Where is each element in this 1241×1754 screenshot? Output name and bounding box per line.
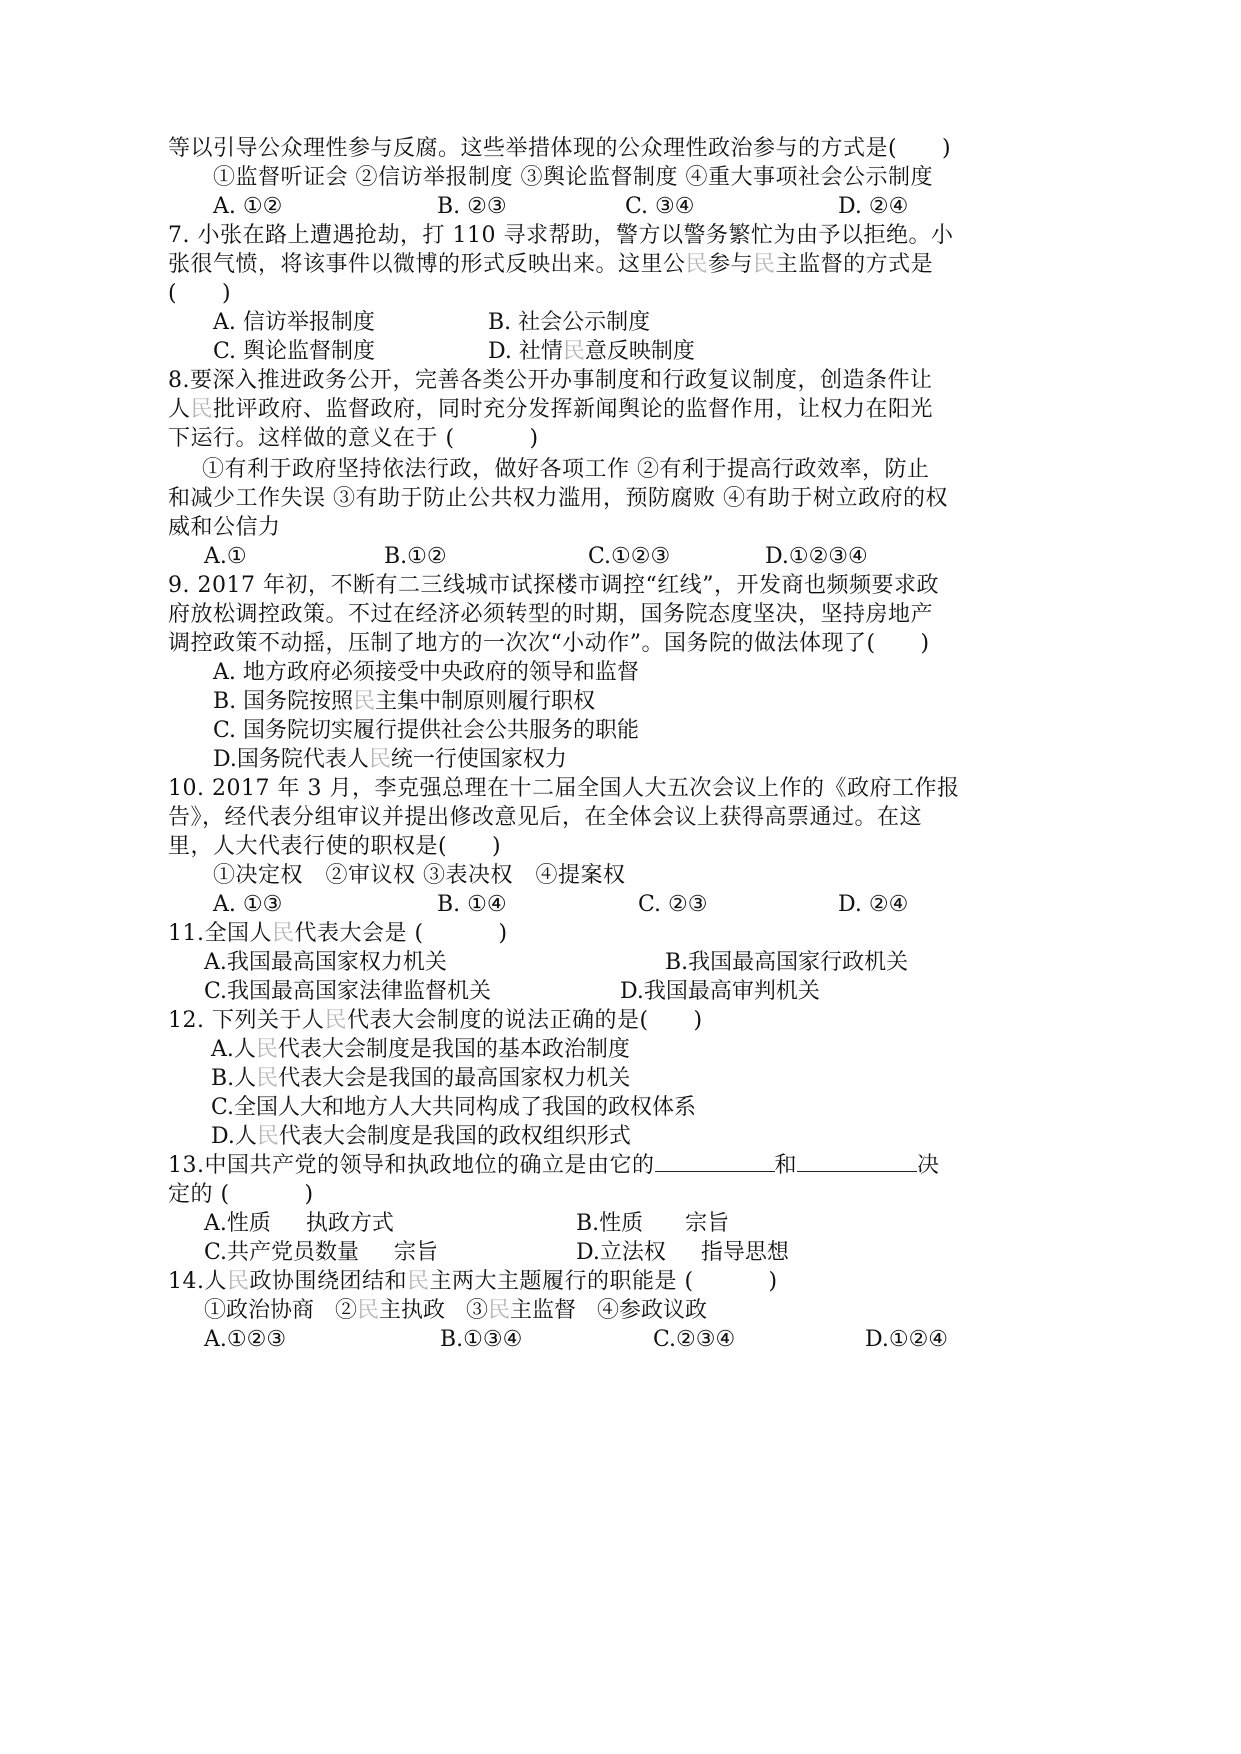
text-span: 13.中国共产党的领导和执政地位的确立是由它的 [168, 1153, 655, 1178]
q13-option-b: B.性质 宗旨 [576, 1209, 729, 1238]
q11-option-b: B.我国最高国家行政机关 [665, 948, 908, 977]
q8-stem-line2: 人民批评政府、监督政府，同时充分发挥新闻舆论的监督作用，让权力在阳光 [168, 395, 933, 424]
exam-page: 等以引导公众理性参与反腐。这些举措体现的公众理性政治参与的方式是( ) ①监督听… [0, 0, 1241, 1754]
text-span: 代表大会制度是我国的基本政治制度 [278, 1037, 630, 1062]
min-char: 民 [563, 339, 585, 364]
q6-stem-tail: 等以引导公众理性参与反腐。这些举措体现的公众理性政治参与的方式是( ) [168, 134, 951, 163]
q14-items: ①政治协商 ②民主执政 ③民主监督 ④参政议政 [204, 1296, 707, 1325]
q14-option-b: B.①③④ [440, 1325, 522, 1354]
q11-stem: 11.全国人民代表大会是 ( ) [168, 919, 508, 948]
q14-option-d: D.①②④ [865, 1325, 948, 1354]
min-char: 民 [256, 1037, 278, 1062]
text-span: 12. 下列关于人 [168, 1008, 324, 1033]
q7-option-b: B. 社会公示制度 [488, 308, 650, 337]
text-span: 主执政 ③ [379, 1298, 488, 1323]
text-span: B.人 [211, 1066, 256, 1091]
q10-stem-line3: 里，人大代表行使的职权是( ) [168, 832, 501, 861]
text-span: D. 社情 [488, 339, 563, 364]
min-char: 民 [191, 397, 214, 422]
q12-option-b: B.人民代表大会是我国的最高国家权力机关 [211, 1064, 630, 1093]
q8-items-line3: 威和公信力 [168, 513, 281, 542]
text-span: 政协围绕团结和 [250, 1269, 408, 1294]
q10-items: ①决定权 ②审议权 ③表决权 ④提案权 [213, 861, 625, 890]
text-span: 参与 [708, 252, 753, 277]
answer-blank-1[interactable] [655, 1151, 775, 1172]
q13-option-d: D.立法权 指导思想 [576, 1238, 789, 1267]
text-span: D.人 [211, 1124, 257, 1149]
q7-option-d: D. 社情民意反映制度 [488, 337, 695, 366]
q8-stem-line1: 8.要深入推进政务公开，完善各类公开办事制度和行政复议制度，创造条件让 [168, 366, 933, 395]
min-char: 民 [686, 252, 709, 277]
q8-stem-line3: 下运行。这样做的意义在于 ( ) [168, 424, 539, 453]
q7-option-a: A. 信访举报制度 [213, 308, 375, 337]
text-span: 11.全国人 [168, 921, 272, 946]
q11-option-a: A.我国最高国家权力机关 [204, 948, 447, 977]
q13-option-c: C.共产党员数量 宗旨 [204, 1238, 438, 1267]
text-span: 主集中制原则履行职权 [375, 689, 595, 714]
text-span: 张很气愤，将该事件以微博的形式反映出来。这里公 [168, 252, 686, 277]
q14-stem: 14.人民政协围绕团结和民主两大主题履行的职能是 ( ) [168, 1267, 778, 1296]
q12-option-d: D.人民代表大会制度是我国的政权组织形式 [211, 1122, 631, 1151]
q10-option-b: B. ①④ [437, 890, 507, 919]
q6-option-d: D. ②④ [838, 192, 908, 221]
q10-stem-line1: 10. 2017 年 3 月，李克强总理在十二届全国人大五次会议上作的《政府工作… [168, 774, 959, 803]
text-span: D.国务院代表人 [213, 747, 369, 772]
q13-stem-line2: 定的 ( ) [168, 1180, 314, 1209]
min-char: 民 [353, 689, 375, 714]
q10-option-a: A. ①③ [213, 890, 282, 919]
min-char: 民 [407, 1269, 430, 1294]
q6-option-c: C. ③④ [625, 192, 694, 221]
q10-option-d: D. ②④ [838, 890, 908, 919]
text-span: 主两大主题履行的职能是 ( ) [430, 1269, 778, 1294]
q9-option-b: B. 国务院按照民主集中制原则履行职权 [213, 687, 595, 716]
text-span: 意反映制度 [585, 339, 695, 364]
text-span: ①政治协商 ② [204, 1298, 357, 1323]
q12-stem: 12. 下列关于人民代表大会制度的说法正确的是( ) [168, 1006, 703, 1035]
text-span: 人 [168, 397, 191, 422]
text-span: 14.人 [168, 1269, 227, 1294]
q12-option-c: C.全国人大和地方人大共同构成了我国的政权体系 [211, 1093, 696, 1122]
q7-stem-line3: ( ) [168, 279, 231, 308]
q13-stem-line1: 13.中国共产党的领导和执政地位的确立是由它的和决 [168, 1151, 940, 1180]
q8-option-a: A.① [204, 542, 247, 571]
min-char: 民 [488, 1298, 510, 1323]
q10-option-c: C. ②③ [638, 890, 707, 919]
min-char: 民 [753, 252, 776, 277]
text-span: A.人 [211, 1037, 256, 1062]
q8-option-b: B.①② [384, 542, 447, 571]
text-span: 主监督 ④参政议政 [510, 1298, 707, 1323]
text-span: 主监督的方式是 [776, 252, 934, 277]
q7-stem-line2: 张很气愤，将该事件以微博的形式反映出来。这里公民参与民主监督的方式是 [168, 250, 933, 279]
q13-option-a: A.性质 执政方式 [204, 1209, 394, 1238]
q9-option-a: A. 地方政府必须接受中央政府的领导和监督 [213, 658, 639, 687]
q6-items: ①监督听证会 ②信访举报制度 ③舆论监督制度 ④重大事项社会公示制度 [213, 163, 933, 192]
q9-stem-line2: 府放松调控政策。不过在经济必须转型的时期，国务院态度坚决，坚持房地产 [168, 600, 933, 629]
min-char: 民 [257, 1124, 279, 1149]
q9-stem-line1: 9. 2017 年初，不断有二三线城市试探楼市调控“红线”，开发商也频频要求政 [168, 571, 939, 600]
q9-option-d: D.国务院代表人民统一行使国家权力 [213, 745, 567, 774]
text-span: 决 [917, 1153, 940, 1178]
q14-option-a: A.①②③ [204, 1325, 286, 1354]
q11-option-c: C.我国最高国家法律监督机关 [204, 977, 491, 1006]
q9-option-c: C. 国务院切实履行提供社会公共服务的职能 [213, 716, 639, 745]
min-char: 民 [227, 1269, 250, 1294]
q7-option-c: C. 舆论监督制度 [213, 337, 375, 366]
q8-items-line1: ①有利于政府坚持依法行政，做好各项工作 ②有利于提高行政效率，防止 [202, 455, 930, 484]
min-char: 民 [357, 1298, 379, 1323]
q8-option-c: C.①②③ [588, 542, 670, 571]
text-span: 代表大会是我国的最高国家权力机关 [278, 1066, 630, 1091]
text-span: B. 国务院按照 [213, 689, 353, 714]
text-span: 批评政府、监督政府，同时充分发挥新闻舆论的监督作用，让权力在阳光 [213, 397, 933, 422]
q8-option-d: D.①②③④ [765, 542, 868, 571]
min-char: 民 [256, 1066, 278, 1091]
text-span: 代表大会是 ( ) [295, 921, 508, 946]
text-span: 统一行使国家权力 [391, 747, 567, 772]
q6-option-b: B. ②③ [437, 192, 507, 221]
q9-stem-line3: 调控政策不动摇，压制了地方的一次次“小动作”。国务院的做法体现了( ) [168, 629, 930, 658]
q8-items-line2: 和减少工作失误 ③有助于防止公共权力滥用，预防腐败 ④有助于树立政府的权 [168, 484, 948, 513]
text-span: 代表大会制度的说法正确的是( ) [347, 1008, 703, 1033]
answer-blank-2[interactable] [797, 1151, 917, 1172]
q14-option-c: C.②③④ [653, 1325, 735, 1354]
q7-stem-line1: 7. 小张在路上遭遇抢劫，打 110 寻求帮助，警方以警务繁忙为由予以拒绝。小 [168, 221, 953, 250]
q10-stem-line2: 告》，经代表分组审议并提出修改意见后，在全体会议上获得高票通过。在这 [168, 803, 922, 832]
text-span: 代表大会制度是我国的政权组织形式 [279, 1124, 631, 1149]
q12-option-a: A.人民代表大会制度是我国的基本政治制度 [211, 1035, 630, 1064]
min-char: 民 [324, 1008, 347, 1033]
min-char: 民 [272, 921, 295, 946]
q11-option-d: D.我国最高审判机关 [620, 977, 820, 1006]
text-span: 和 [775, 1153, 798, 1178]
q6-option-a: A. ①② [213, 192, 282, 221]
min-char: 民 [369, 747, 391, 772]
